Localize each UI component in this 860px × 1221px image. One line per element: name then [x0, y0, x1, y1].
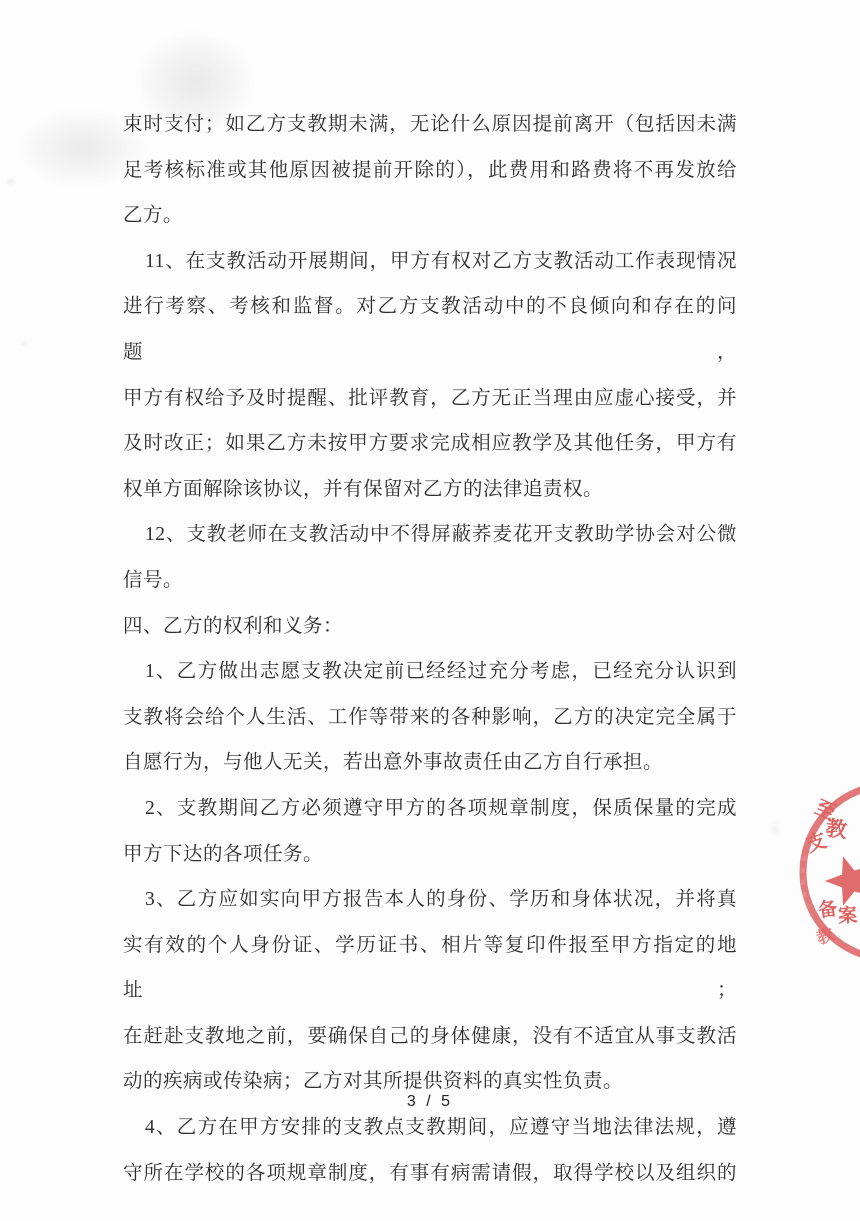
text-line: 1、乙方做出志愿支教决定前已经经过充分考虑，已经充分认识到 — [123, 649, 737, 695]
text-line: 足考核标准或其他原因被提前开除的），此费用和路费将不再发放给 — [123, 148, 737, 194]
text-line: 权单方面解除该协议，并有保留对乙方的法律追责权。 — [123, 467, 737, 513]
text-line: 11、在支教活动开展期间，甲方有权对乙方支教活动工作表现情况 — [123, 239, 737, 285]
text-line: 及时改正；如果乙方未按甲方要求完成相应教学及其他任务，甲方有 — [123, 421, 737, 467]
seal-char: 教 — [824, 816, 849, 843]
official-seal-stamp: 至 教 支 备 案 教 — [790, 768, 860, 1003]
text-line: 进行考察、考核和监督。对乙方支教活动中的不良倾向和存在的问题， — [123, 284, 737, 375]
text-line: 2、支教期间乙方必须遵守甲方的各项规章制度，保质保量的完成 — [123, 786, 737, 832]
text-line: 甲方下达的各项任务。 — [123, 832, 737, 878]
seal-char: 支 — [803, 828, 829, 857]
document-body: 束时支付；如乙方支教期未满，无论什么原因提前离开（包括因未满足考核标准或其他原因… — [123, 102, 737, 1196]
page-number: 3 / 5 — [123, 1093, 737, 1111]
seal-graphic: 至 教 支 备 案 教 — [803, 785, 860, 959]
text-line: 乙方。 — [123, 193, 737, 239]
text-line: 支教将会给个人生活、工作等带来的各种影响，乙方的决定完全属于 — [123, 695, 737, 741]
text-line: 4、乙方在甲方安排的支教点支教期间，应遵守当地法律法规，遵 — [123, 1105, 737, 1151]
text-line: 守所在学校的各项规章制度，有事有病需请假，取得学校以及组织的 — [123, 1151, 737, 1197]
star-icon — [825, 856, 860, 905]
text-line: 12、支教老师在支教活动中不得屏蔽荞麦花开支教助学协会对公微 — [123, 512, 737, 558]
text-line: 实有效的个人身份证、学历证书、相片等复印件报至甲方指定的地址； — [123, 923, 737, 1014]
seal-char: 至 — [811, 796, 839, 825]
text-line: 3、乙方应如实向甲方报告本人的身份、学历和身体状况，并将真 — [123, 877, 737, 923]
text-line: 自愿行为，与他人无关，若出意外事故责任由乙方自行承担。 — [123, 740, 737, 786]
text-line: 束时支付；如乙方支教期未满，无论什么原因提前离开（包括因未满 — [123, 102, 737, 148]
scan-artifact — [770, 822, 780, 836]
seal-char: 教 — [814, 923, 838, 948]
text-line: 信号。 — [123, 558, 737, 604]
scan-artifact — [6, 178, 16, 185]
seal-char: 案 — [837, 903, 858, 927]
seal-ring-text-remnant — [803, 856, 812, 916]
text-line: 四、乙方的权利和义务： — [123, 604, 737, 650]
text-line: 在赶赴支教地之前，要确保自己的身体健康，没有不适宜从事支教活 — [123, 1014, 737, 1060]
seal-char: 备 — [817, 897, 839, 922]
text-line: 甲方有权给予及时提醒、批评教育，乙方无正当理由应虚心接受，并 — [123, 376, 737, 422]
scan-artifact — [20, 340, 29, 346]
document-page: 束时支付；如乙方支教期未满，无论什么原因提前离开（包括因未满足考核标准或其他原因… — [0, 0, 860, 1221]
seal-ring — [803, 785, 860, 959]
